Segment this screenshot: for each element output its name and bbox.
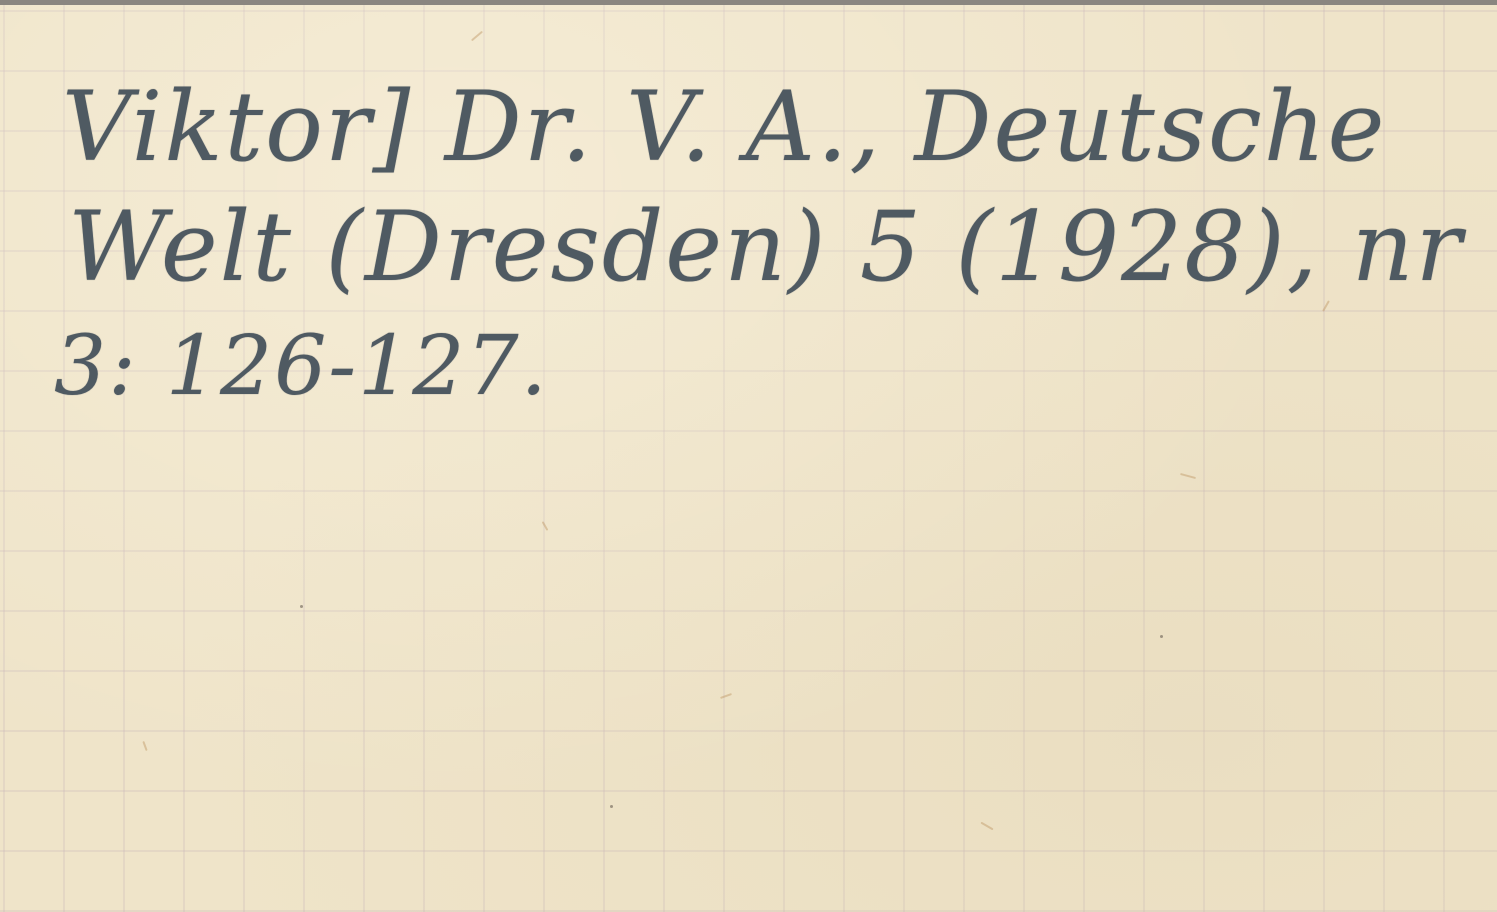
- handwritten-entry: Viktor] Dr. V. A., Deutsche Welt (Dresde…: [50, 67, 1470, 427]
- paper-fleck: [720, 693, 732, 699]
- handwritten-line-1: Viktor] Dr. V. A., Deutsche: [62, 67, 1470, 187]
- paper-fleck: [542, 521, 549, 531]
- handwritten-line-2: Welt (Dresden) 5 (1928), nr: [68, 187, 1470, 307]
- handwritten-line-3: 3: 126-127.: [54, 307, 1470, 427]
- paper-speck: [1160, 635, 1163, 638]
- paper-fleck: [980, 822, 993, 831]
- paper-fleck: [471, 31, 483, 42]
- paper-speck: [610, 805, 613, 808]
- paper-speck: [300, 605, 303, 608]
- index-card: Viktor] Dr. V. A., Deutsche Welt (Dresde…: [0, 0, 1497, 912]
- paper-fleck: [1180, 473, 1196, 479]
- paper-fleck: [142, 741, 147, 751]
